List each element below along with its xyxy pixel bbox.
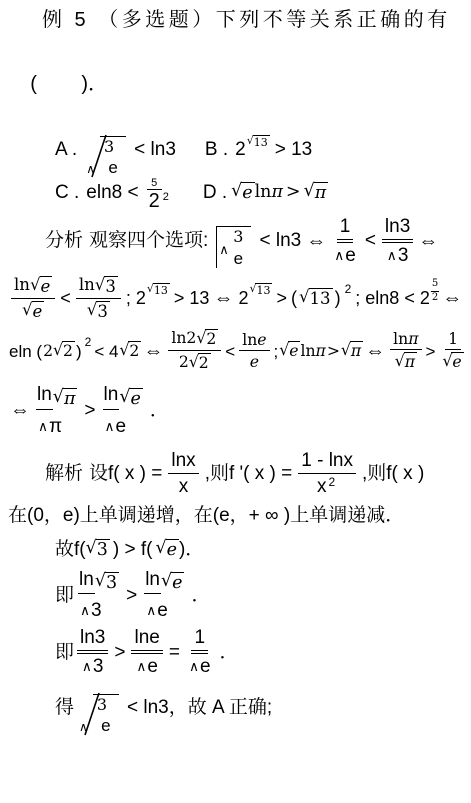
radicand: e	[166, 539, 179, 561]
fraction-denominator: e	[147, 656, 158, 678]
fraction-1-over-caret-e: 1 ∧e	[186, 627, 214, 678]
monotonicity-text: 在(0，e)上单调递增，在(e，+ ∞ )上单调递减．	[8, 504, 404, 528]
result-line: 得 ∧ 3 e < ln3，故 A 正确;	[8, 686, 467, 730]
answer-blank-text: ( )．	[30, 73, 108, 95]
exponent-denominator: 2	[432, 292, 438, 305]
that-is-line-1: 即 ln√3 ∧3 > ln√e ∧e ．	[8, 568, 467, 624]
option-b-label: B .	[205, 138, 228, 162]
radicand-numerator: 3	[93, 694, 119, 714]
radicand-numerator: 3	[100, 136, 126, 156]
caret-icon: ∧	[146, 602, 156, 619]
fraction-numerator: 1	[448, 330, 458, 348]
conclusion-equivalence-line: ⇔ ln√π ∧π > ln√e ∧e ．	[8, 383, 467, 439]
fraction-numerator: 1 - lnx	[301, 450, 353, 472]
document-page: 例 5 （多选题）下列不等关系正确的有 ( )． A . ∧ 3 e < ln3…	[0, 0, 471, 803]
fraction-lnpi-over-sqrt-pi: lnπ √π	[390, 330, 421, 372]
option-b-relation: > 13	[275, 138, 313, 162]
fraction-denominator: 3	[93, 656, 104, 678]
fraction-denominator: 3	[91, 599, 102, 623]
sqrt-pi: √ π	[304, 182, 329, 204]
iff-symbol: ⇔	[418, 229, 438, 254]
iff-symbol: ⇔	[143, 339, 163, 364]
caret-icon: ∧	[82, 659, 92, 675]
five-halves-exponent: 52	[431, 278, 439, 304]
radicand-denominator: e	[108, 156, 117, 178]
radicand: e	[171, 572, 184, 594]
fraction-ln-sqrt-3-over-sqrt-3: ln√3 √3	[76, 275, 121, 322]
then-derivative-text: ,则f '( x ) =	[205, 462, 293, 486]
semicolon: ;	[126, 287, 131, 310]
exponent-numerator: 5	[431, 278, 439, 292]
greater-than: >	[126, 584, 137, 608]
fraction-lnx-over-x: lnx x	[168, 450, 198, 498]
fraction-ln-sqrt-e-over-caret-e: ln√e ∧e	[144, 568, 184, 624]
sqrt-e: √ e	[231, 182, 254, 204]
fraction-ln-sqrt-e-over-caret-e: ln√e ∧e	[103, 383, 143, 439]
e-var: e	[257, 331, 266, 349]
greater-than: >	[276, 287, 287, 310]
ln-text: ln	[36, 383, 53, 410]
radicand: 3	[104, 276, 118, 297]
option-a-label: A .	[55, 138, 77, 162]
fraction-ln3-over-caret-3: ln3 ∧3	[77, 627, 108, 678]
radicand-numerator: 3	[233, 228, 243, 246]
ln2-text: ln2	[171, 329, 196, 347]
iff-symbol: ⇔	[213, 286, 233, 311]
sqrt-13-value: 13	[255, 283, 272, 297]
option-b-base: 2	[235, 138, 246, 162]
caret-icon: ∧	[136, 659, 146, 675]
radical-3-over-e: ∧ 3 e	[86, 134, 126, 178]
superscript-2: 2	[329, 476, 336, 490]
close-paren: )	[335, 287, 341, 310]
caret-icon: ∧	[189, 659, 199, 675]
radicand: 3	[96, 301, 110, 322]
caret-icon: ∧	[105, 418, 115, 435]
answer-blank-line: ( )．	[8, 47, 467, 122]
iff-symbol: ⇔	[365, 339, 385, 364]
less-than-4: < 4	[94, 341, 118, 362]
semicolon: ;	[274, 341, 279, 362]
problem-statement-line: 例 5 （多选题）下列不等关系正确的有	[8, 8, 467, 33]
sqrt-e-value: e	[241, 182, 254, 204]
option-d-relation: >	[286, 182, 301, 204]
radical-3-over-e-corner: ∧ 3 e	[216, 226, 251, 268]
problem-statement-text: 例 5 （多选题）下列不等关系正确的有	[42, 9, 451, 31]
therefore-head: 故f(	[55, 538, 86, 562]
relation-13: > 13	[174, 287, 210, 310]
power-base: 2	[420, 287, 430, 310]
two-coefficient: 2	[179, 353, 189, 371]
solution-label: 解析	[45, 462, 83, 486]
sqrt-3: √3	[86, 539, 110, 561]
ln-text: ln	[78, 568, 95, 595]
radical-stack: 3 e	[100, 136, 126, 178]
radicand: 2	[198, 353, 211, 373]
fraction-lne-over-e: lne e	[239, 331, 269, 371]
sqrt-13-exponent: √13	[249, 283, 272, 297]
analysis-chain-2: eln ( 2 √2 ) 2 < 4 √2 ⇔ ln2√2 2√2 < lne …	[8, 329, 467, 373]
ln-text: ln	[255, 182, 272, 204]
greater-than: >	[426, 341, 436, 362]
radicand: e	[40, 276, 53, 297]
sqrt-2: √2	[119, 341, 141, 361]
ln-text: ln	[393, 330, 408, 348]
less-than: <	[225, 341, 235, 362]
radicand: 3	[96, 539, 110, 561]
fraction-numerator: 1	[340, 216, 351, 238]
analysis-line: 分析 观察四个选项: ∧ 3 e < ln3 ⇔ 1 ∧e < ln3 ∧3 ⇔	[8, 216, 467, 267]
fraction-ln-sqrt-3-over-caret-3: ln√3 ∧3	[78, 568, 119, 624]
greater-than: >	[84, 399, 95, 423]
radicand: π	[404, 352, 417, 372]
superscript-2: 2	[85, 335, 92, 350]
solution-setup: 设f( x ) =	[89, 462, 162, 486]
less-than: <	[60, 287, 71, 310]
power-base: 2	[238, 287, 248, 310]
radicand: e	[32, 301, 45, 322]
radicand: e	[129, 388, 142, 410]
two-power-five-halves: 5 2 2	[147, 178, 169, 212]
that-is-head: 即	[55, 584, 74, 608]
result-tail: < ln3，故 A 正确;	[127, 696, 272, 720]
radicand: e	[288, 341, 300, 361]
analysis-label: 分析	[45, 229, 83, 253]
then-fx-text: ,则f( x )	[362, 462, 424, 486]
sqrt-2: √2	[53, 341, 75, 361]
pi-var: π	[271, 182, 282, 204]
fraction-denominator: π	[49, 415, 62, 439]
option-d-label: D .	[203, 181, 227, 205]
greater-than: >	[327, 341, 340, 361]
fraction-ln-sqrt-pi-over-caret-pi: ln√π ∧π	[36, 383, 77, 439]
fraction-denominator: e	[200, 656, 211, 678]
e-var: e	[250, 353, 259, 371]
fraction-denominator: e	[345, 245, 356, 267]
less-than: <	[365, 229, 376, 253]
iff-symbol: ⇔	[442, 286, 462, 311]
option-a-relation: < ln3	[134, 138, 176, 162]
fraction-numerator: 1	[194, 627, 205, 649]
fraction-denominator: 3	[398, 245, 409, 267]
fraction-denominator: x	[317, 476, 327, 498]
that-is-line-2: 即 ln3 ∧3 > lne ∧e = 1 ∧e ．	[8, 627, 467, 678]
greater-than: >	[114, 641, 125, 665]
eln8-text: ; eln8 <	[355, 287, 415, 310]
sqrt-13-value: 13	[253, 135, 270, 149]
therefore-line: 故f( √3 ) > f( √e )．	[8, 538, 467, 562]
iff-symbol: ⇔	[306, 229, 326, 254]
equals: =	[169, 641, 180, 665]
ln-text: ln	[14, 275, 30, 294]
power-stack: 5 2	[147, 178, 162, 212]
therefore-mid: ) > f(	[113, 538, 153, 562]
radicand-denominator: e	[234, 247, 243, 269]
therefore-tail: )．	[179, 538, 204, 562]
caret-icon: ∧	[387, 248, 397, 264]
fraction-1-minus-lnx-over-x-squared: 1 - lnx x2	[298, 450, 356, 498]
sqrt-e: √e	[279, 341, 300, 361]
fraction-1-over-sqrt-e: 1 ∧e	[331, 216, 359, 267]
analysis-chain-1: ln√e √e < ln√3 √3 ; 2 √13 > 13 ⇔ 2 √13 >…	[8, 275, 467, 322]
radicand: π	[63, 388, 77, 410]
sqrt-13: √13	[299, 288, 333, 309]
that-is-head: 即	[55, 641, 74, 665]
fraction-numerator: ln3	[80, 627, 105, 649]
exponent-denominator: 2	[163, 191, 169, 205]
eln-open: eln (	[9, 341, 42, 362]
analysis-intro: 观察四个选项:	[89, 229, 208, 253]
sqrt-13-exponent: √13	[147, 283, 170, 297]
superscript-2: 2	[345, 282, 352, 297]
ln-text: ln	[242, 331, 257, 349]
open-paren: (	[291, 287, 297, 310]
fraction-denominator: x	[179, 476, 189, 498]
fraction-ln3-over-sqrt-3: ln3 ∧3	[382, 216, 413, 267]
sqrt-13-value: 13	[153, 283, 170, 297]
fraction-numerator: ln3	[385, 216, 410, 238]
radicand: 2	[62, 341, 75, 361]
close-paren: )	[76, 341, 82, 362]
sqrt-e: √e	[155, 539, 178, 561]
exponent-numerator: 5	[151, 178, 157, 189]
fraction-lne-over-caret-e: lne ∧e	[131, 627, 162, 678]
fraction-denominator: e	[157, 599, 168, 623]
result-head: 得	[55, 696, 74, 720]
fraction-numerator: lne	[134, 627, 159, 649]
fraction-ln-sqrt-e-over-sqrt-e: ln√e √e	[11, 275, 55, 322]
sqrt-13-value: 13	[309, 288, 333, 309]
radicand: 3	[105, 572, 119, 594]
solution-line: 解析 设f( x ) = lnx x ,则f '( x ) = 1 - lnx …	[8, 450, 467, 498]
ln-text: ln	[103, 383, 120, 410]
radicand: π	[350, 341, 363, 361]
power-base: 2	[147, 189, 162, 212]
period: ．	[150, 399, 169, 423]
ln-text: ln	[300, 341, 315, 361]
caret-icon: ∧	[334, 248, 344, 264]
pi-var: π	[408, 330, 418, 348]
radicand-denominator: e	[101, 714, 110, 736]
radical-stack: 3 e	[93, 694, 119, 736]
period: ．	[191, 584, 210, 608]
pi-var: π	[316, 341, 326, 361]
fraction-ln2sqrt2-over-2sqrt2: ln2√2 2√2	[168, 329, 221, 373]
option-c-lhs: eln8 <	[86, 181, 138, 205]
caret-icon: ∧	[38, 418, 48, 435]
monotonicity-line: 在(0，e)上单调递增，在(e，+ ∞ )上单调递减．	[8, 504, 467, 528]
radicand: 2	[205, 329, 218, 349]
option-c-label: C .	[55, 181, 79, 205]
options-cd-line: C . eln8 < 5 2 2 D . √ e ln π > √ π	[8, 176, 467, 210]
sqrt-13-exponent: √ 13	[247, 135, 270, 149]
sqrt-pi-value: π	[314, 182, 328, 204]
two-coefficient: 2	[43, 341, 53, 361]
fraction-numerator: lnx	[171, 450, 195, 472]
fraction-1-over-sqrt-e: 1 √e	[439, 330, 466, 372]
relation-ln3: < ln3	[259, 229, 301, 253]
period: ．	[220, 641, 239, 665]
options-ab-line: A . ∧ 3 e < ln3 B . 2 √ 13 > 13	[8, 128, 467, 172]
radical-3-over-e: ∧ 3 e	[79, 692, 119, 736]
radicand: 2	[128, 341, 141, 361]
iff-symbol: ⇔	[10, 398, 30, 423]
caret-icon: ∧	[80, 602, 90, 619]
ln-text: ln	[144, 568, 161, 595]
caret-icon: ∧	[219, 242, 229, 258]
radicand: e	[451, 352, 463, 372]
ln-text: ln	[79, 275, 95, 294]
fraction-denominator: e	[116, 415, 127, 439]
sqrt-pi: √π	[341, 341, 363, 361]
power-base: 2	[136, 287, 146, 310]
